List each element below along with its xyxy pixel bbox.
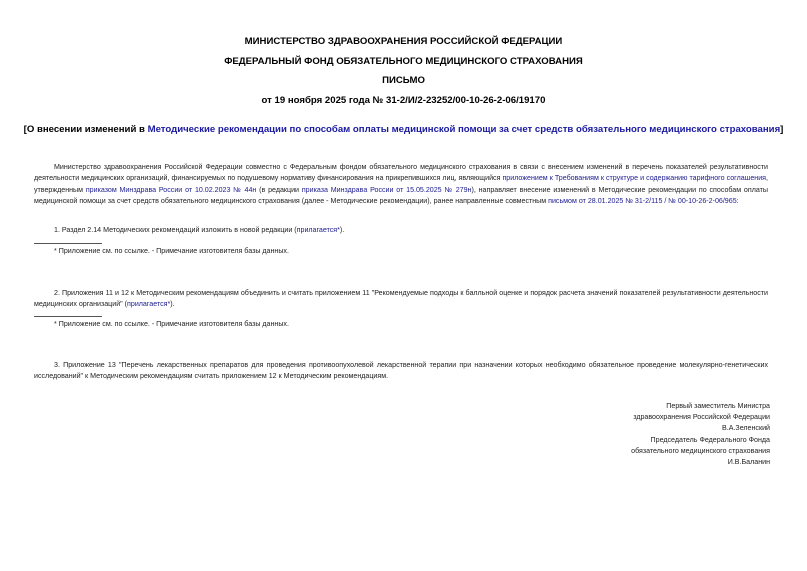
fund-heading: ФЕДЕРАЛЬНЫЙ ФОНД ОБЯЗАТЕЛЬНОГО МЕДИЦИНСК… xyxy=(0,56,807,67)
item-3-paragraph: 3. Приложение 13 "Перечень лекарственных… xyxy=(34,360,768,383)
item-1-text-end: ). xyxy=(340,226,344,234)
attachment-link-1[interactable]: прилагается* xyxy=(297,226,340,234)
signatory-title-2-cont: обязательного медицинского страхования xyxy=(631,446,770,457)
signature-block: Первый заместитель Министра здравоохране… xyxy=(631,401,770,468)
ministry-heading: МИНИСТЕРСТВО ЗДРАВООХРАНЕНИЯ РОССИЙСКОЙ … xyxy=(0,36,807,47)
footnote-divider xyxy=(34,316,102,317)
signatory-title-1-cont: здравоохранения Российской Федерации xyxy=(631,412,770,423)
order-44n-link[interactable]: приказом Минздрава России от 10.02.2023 … xyxy=(86,186,257,194)
footnote-divider xyxy=(34,243,102,244)
document-type: ПИСЬМО xyxy=(0,75,807,86)
tariff-requirements-link[interactable]: приложением к Требованиям к структуре и … xyxy=(502,174,766,182)
signatory-title-2: Председатель Федерального Фонда xyxy=(631,435,770,446)
methodical-recommendations-link[interactable]: Методические рекомендации по способам оп… xyxy=(148,124,781,135)
subject-prefix: [О внесении изменений в xyxy=(24,124,148,135)
signatory-name-1: В.А.Зеленский xyxy=(631,423,770,434)
item-2-text-end: ). xyxy=(170,300,174,308)
signatory-title-1: Первый заместитель Министра xyxy=(631,401,770,412)
footnote-2: * Приложение см. по ссылке. - Примечание… xyxy=(54,320,289,328)
item-1-text: 1. Раздел 2.14 Методических рекомендаций… xyxy=(54,226,297,234)
signatory-name-2: И.В.Баланин xyxy=(631,457,770,468)
intro-text-5: : xyxy=(737,197,739,205)
letter-965-link[interactable]: письмом от 28.01.2025 № 31-2/115 / № 00-… xyxy=(548,197,737,205)
document-date-number: от 19 ноября 2025 года № 31-2/И/2-23252/… xyxy=(0,95,807,106)
footnote-1: * Приложение см. по ссылке. - Примечание… xyxy=(54,247,289,255)
item-1-paragraph: 1. Раздел 2.14 Методических рекомендаций… xyxy=(34,225,768,236)
item-2-paragraph: 2. Приложения 11 и 12 к Методическим рек… xyxy=(34,288,768,311)
order-279n-link[interactable]: приказа Минздрава России от 15.05.2025 №… xyxy=(302,186,472,194)
attachment-link-2[interactable]: прилагается* xyxy=(127,300,170,308)
subject-suffix: ] xyxy=(780,124,783,135)
intro-text-3: (в редакции xyxy=(256,186,301,194)
intro-paragraph: Министерство здравоохранения Российской … xyxy=(34,162,768,207)
document-subject: [О внесении изменений в Методические рек… xyxy=(0,124,807,135)
